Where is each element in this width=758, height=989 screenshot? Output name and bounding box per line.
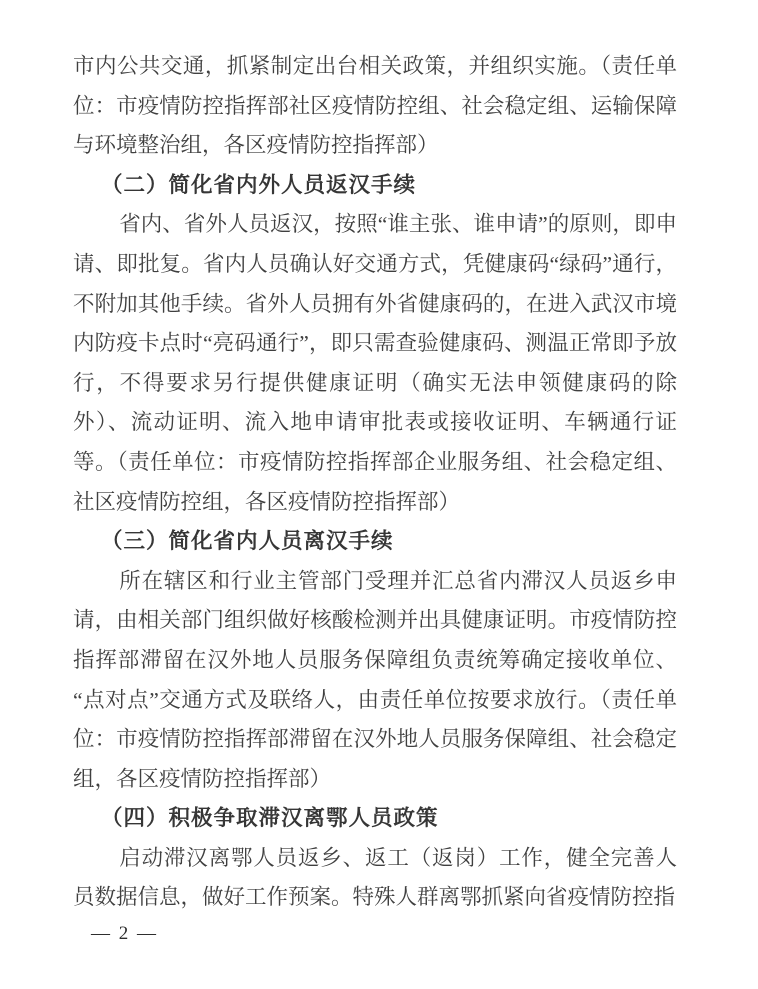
document-text: 市内公共交通，抓紧制定出台相关政策，并组织实施。（责任单位：市疫情防控指挥部社区… (73, 47, 677, 918)
body-paragraph: 省内、省外人员返汉，按照“谁主张、谁申请”的原则，即申请、即批复。省内人员确认好… (73, 205, 677, 522)
page-number: — 2 — (91, 923, 158, 944)
body-paragraph: 启动滞汉离鄂人员返乡、返工（返岗）工作，健全完善人员数据信息，做好工作预案。特殊… (73, 839, 677, 918)
section-heading: （二）简化省内外人员返汉手续 (73, 166, 677, 206)
document-page: 市内公共交通，抓紧制定出台相关政策，并组织实施。（责任单位：市疫情防控指挥部社区… (0, 0, 758, 989)
body-paragraph: 所在辖区和行业主管部门受理并汇总省内滞汉人员返乡申请，由相关部门组织做好核酸检测… (73, 562, 677, 800)
body-paragraph: 市内公共交通，抓紧制定出台相关政策，并组织实施。（责任单位：市疫情防控指挥部社区… (73, 47, 677, 166)
section-heading: （四）积极争取滞汉离鄂人员政策 (73, 799, 677, 839)
section-heading: （三）简化省内人员离汉手续 (73, 522, 677, 562)
page-footer: — 2 — (91, 922, 158, 946)
